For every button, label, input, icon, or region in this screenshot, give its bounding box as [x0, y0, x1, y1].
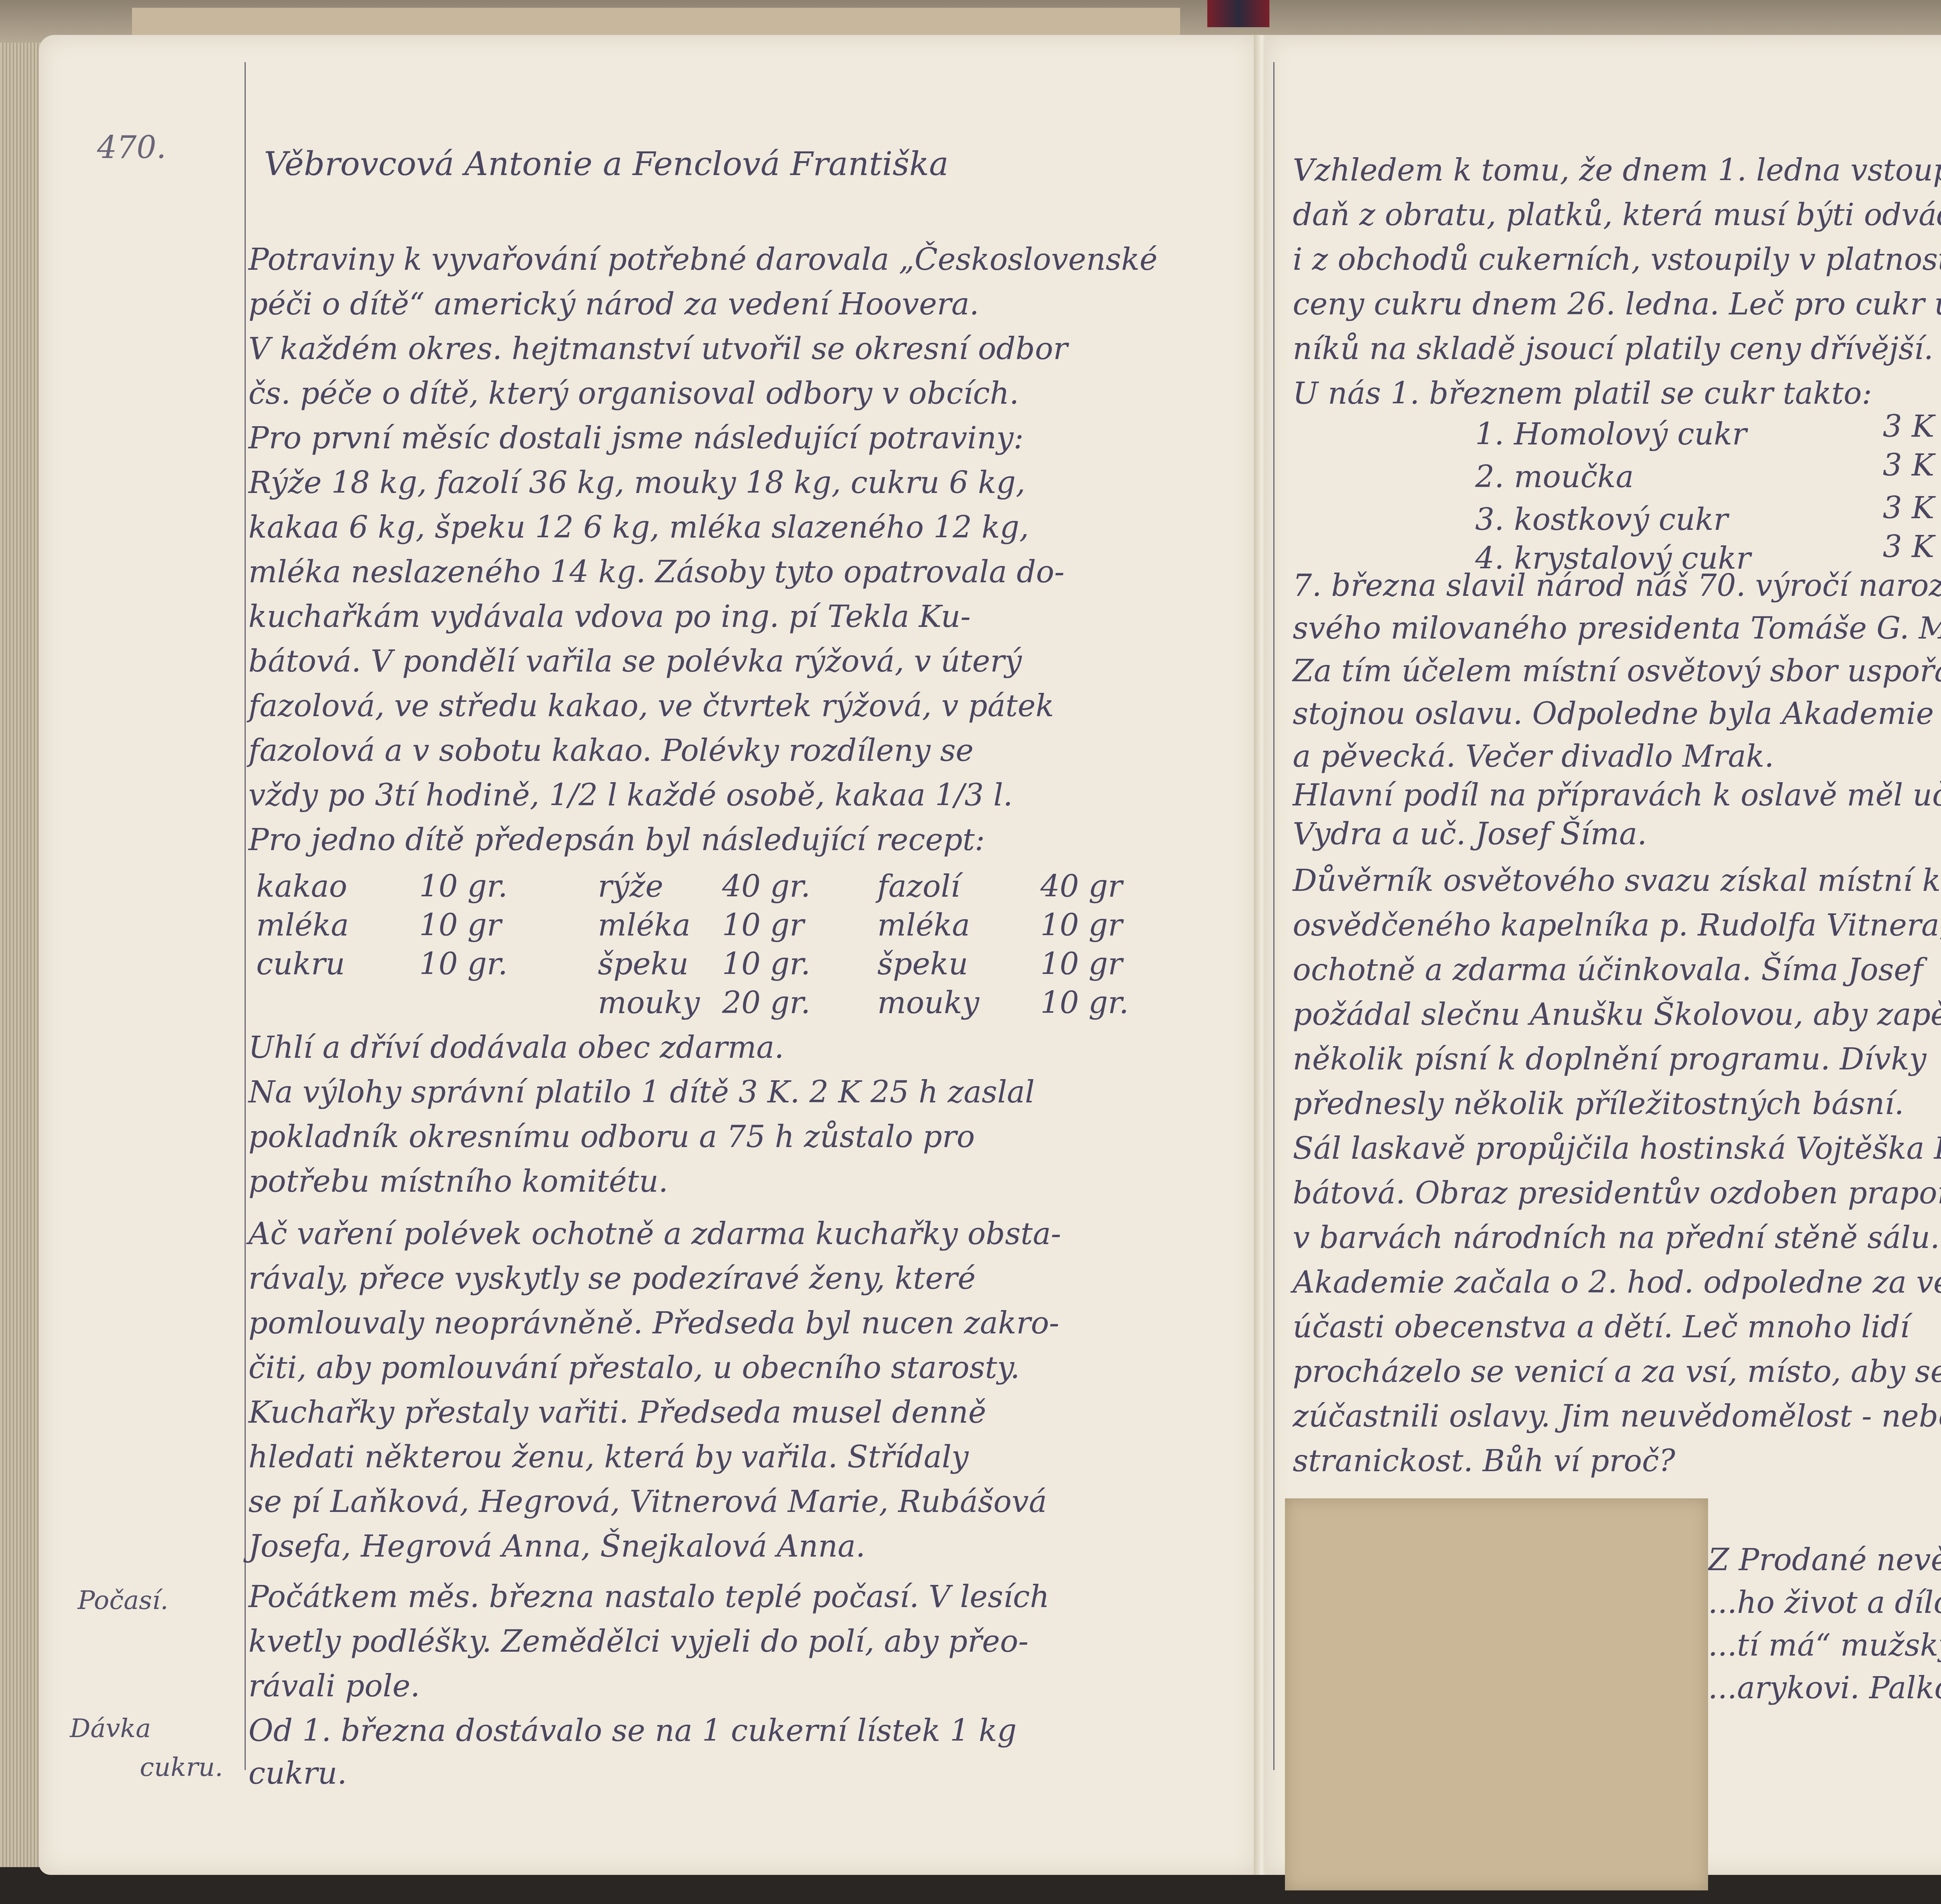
margin-note-sugar-ration: Dávka: [70, 1716, 151, 1741]
recipe-amount: 40 gr.: [722, 871, 811, 902]
text-line: rávaly, přece vyskytly se podezíravé žen…: [248, 1264, 976, 1294]
text-line: stojnou oslavu. Odpoledne byla Akademie …: [1293, 699, 1941, 729]
text-line: požádal slečnu Anušku Školovou, aby zapě…: [1293, 1000, 1941, 1030]
price-item: moučka: [1514, 462, 1634, 492]
recipe-item: mouky: [877, 988, 979, 1018]
text-line: bátová. Obraz presidentův ozdoben prapor…: [1293, 1178, 1941, 1208]
text-line: fazolová a v sobotu kakao. Polévky rozdí…: [248, 736, 974, 766]
recipe-item: kakao: [256, 871, 347, 902]
text-line: kakaa 6 kg, špeku 12 6 kg, mléka slazené…: [248, 512, 1029, 543]
recipe-amount: 10 gr.: [419, 949, 508, 979]
text-line: cukru.: [248, 1758, 347, 1789]
margin-note-sugar-ration-2: cukru.: [140, 1755, 223, 1780]
right-inner-rule: [1273, 62, 1274, 1770]
price-value: 3 K 40 h: [1883, 532, 1941, 562]
text-line: potřebu místního komitétu.: [248, 1166, 668, 1197]
text-line: ochotně a zdarma účinkovala. Šíma Josef: [1293, 955, 1923, 985]
program-line: ...ho život a dílo. uč. V. Vydra.: [1708, 1588, 1941, 1618]
text-line: Sál laskavě propůjčila hostinská Vojtěšk…: [1293, 1133, 1941, 1164]
recipe-item: rýže: [598, 871, 663, 902]
text-line: daň z obratu, platků, která musí býti od…: [1293, 200, 1941, 230]
text-line: Od 1. března dostávalo se na 1 cukerní l…: [248, 1716, 1017, 1746]
text-line: U nás 1. březnem platil se cukr takto:: [1293, 378, 1872, 409]
text-line: vždy po 3tí hodině, 1/2 l každé osobě, k…: [248, 780, 1013, 811]
recipe-amount: 10 gr.: [722, 949, 811, 979]
text-line: Hlavní podíl na přípravách k oslavě měl …: [1293, 780, 1941, 811]
recipe-amount: 20 gr.: [722, 988, 811, 1018]
recipe-amount: 40 gr: [1040, 871, 1122, 902]
page-number-left: 470.: [97, 132, 166, 163]
entry-title: Věbrovcová Antonie a Fenclová Františka: [264, 148, 948, 180]
text-line: hledati některou ženu, která by vařila. …: [248, 1442, 969, 1472]
pasted-paper-patch: [1285, 1498, 1708, 1890]
margin-note-weather: Počasí.: [78, 1588, 168, 1613]
program-line: Z Prodané nevěsty“ pochod.: [1708, 1545, 1941, 1575]
text-line: Vzhledem k tomu, že dnem 1. ledna vstoup…: [1293, 155, 1941, 186]
price-no: 2.: [1475, 462, 1504, 492]
recipe-item: špeku: [598, 949, 689, 979]
text-line: péči o dítě“ americký národ za vedení Ho…: [248, 289, 979, 319]
text-line: několik písní k doplnění programu. Dívky: [1293, 1044, 1926, 1074]
program-line: ...arykovi. Palkosková.: [1708, 1673, 1941, 1703]
open-chronicle-book: 470. Věbrovcová Antonie a Fenclová Frant…: [0, 0, 1941, 1904]
text-line: Ač vaření polévek ochotně a zdarma kucha…: [248, 1219, 1061, 1249]
text-line: mléka neslazeného 14 kg. Zásoby tyto opa…: [248, 557, 1064, 587]
text-line: i z obchodů cukerních, vstoupily v platn…: [1293, 245, 1941, 275]
text-line: se pí Laňková, Hegrová, Vitnerová Marie,…: [248, 1487, 1047, 1517]
recipe-amount: 10 gr: [1040, 910, 1122, 941]
text-line: Kuchařky přestaly vařiti. Předseda musel…: [248, 1397, 986, 1428]
recipe-amount: 10 gr: [1040, 949, 1122, 979]
text-line: účasti obecenstva a dětí. Leč mnoho lidí: [1293, 1312, 1910, 1342]
text-line: a pěvecká. Večer divadlo Mrak.: [1293, 741, 1774, 772]
text-line: pomlouvaly neoprávněně. Předseda byl nuc…: [248, 1308, 1059, 1338]
bookmark-ribbon: [1207, 0, 1269, 27]
text-line: čs. péče o dítě, který organisoval odbor…: [248, 378, 1019, 409]
text-line: Důvěrník osvětového svazu získal místní …: [1293, 866, 1941, 896]
recipe-amount: 10 gr.: [419, 871, 508, 902]
recipe-amount: 10 gr: [722, 910, 804, 941]
text-line: Na výlohy správní platilo 1 dítě 3 K. 2 …: [248, 1077, 1035, 1107]
price-no: 3.: [1475, 505, 1504, 535]
text-line: bátová. V pondělí vařila se polévka rýžo…: [248, 646, 1022, 677]
text-line: čiti, aby pomlouvání přestalo, u obecníh…: [248, 1353, 1020, 1383]
text-line: Josefa, Hegrová Anna, Šnejkalová Anna.: [248, 1531, 865, 1562]
text-line: Za tím účelem místní osvětový sbor uspoř…: [1293, 656, 1941, 686]
recipe-item: špeku: [877, 949, 968, 979]
text-line: kvetly podléšky. Zemědělci vyjeli do pol…: [248, 1626, 1028, 1657]
text-line: Rýže 18 kg, fazolí 36 kg, mouky 18 kg, c…: [248, 468, 1025, 498]
text-line: Pro první měsíc dostali jsme následující…: [248, 423, 1024, 453]
text-line: rávali pole.: [248, 1671, 420, 1701]
text-line: svého milovaného presidenta Tomáše G. Ma…: [1293, 613, 1941, 644]
text-line: Akademie začala o 2. hod. odpoledne za v…: [1293, 1267, 1941, 1298]
text-line: v barvách národních na přední stěně sálu…: [1293, 1223, 1940, 1253]
price-item: Homolový cukr: [1514, 419, 1747, 450]
text-line: přednesly několik příležitostných básní.: [1293, 1089, 1904, 1119]
text-line: Vydra a uč. Josef Šíma.: [1293, 819, 1647, 849]
recipe-item: mléka: [256, 910, 349, 941]
recipe-item: mléka: [598, 910, 691, 941]
recipe-item: fazolí: [877, 871, 960, 902]
recipe-item: mouky: [598, 988, 700, 1018]
recipe-amount: 10 gr.: [1040, 988, 1129, 1018]
text-line: Pro jedno dítě předepsán byl následující…: [248, 825, 985, 855]
program-line: ...tí má“ mužský sbor.: [1708, 1630, 1941, 1661]
price-value: 3 K 28 h: [1883, 450, 1941, 481]
text-line: níků na skladě jsoucí platily ceny dřívě…: [1293, 334, 1933, 364]
text-line: V každém okres. hejtmanství utvořil se o…: [248, 334, 1068, 364]
recipe-item: cukru: [256, 949, 345, 979]
recipe-item: mléka: [877, 910, 970, 941]
text-line: stranickost. Bůh ví proč?: [1293, 1446, 1675, 1476]
price-item: kostkový cukr: [1514, 505, 1728, 535]
price-value: 3 K 50 h: [1883, 493, 1941, 523]
text-line: zúčastnili oslavy. Jim neuvědomělost - n…: [1293, 1401, 1941, 1432]
text-line: pokladník okresnímu odboru a 75 h zůstal…: [248, 1122, 975, 1152]
left-margin-rule: [245, 62, 246, 1770]
text-line: osvědčeného kapelníka p. Rudolfa Vitnera…: [1293, 910, 1941, 941]
text-line: Potraviny k vyvařování potřebné darovala…: [248, 245, 1158, 275]
text-line: fazolová, ve středu kakao, ve čtvrtek rý…: [248, 691, 1054, 721]
price-value: 3 K 40 h: [1883, 411, 1941, 442]
text-line: kuchařkám vydávala vdova po ing. pí Tekl…: [248, 602, 970, 632]
recipe-amount: 10 gr: [419, 910, 501, 941]
text-line: ceny cukru dnem 26. ledna. Leč pro cukr …: [1293, 289, 1941, 319]
text-line: Počátkem měs. března nastalo teplé počas…: [248, 1582, 1049, 1612]
text-line: Uhlí a dříví dodávala obec zdarma.: [248, 1033, 784, 1063]
text-line: 7. března slavil národ náš 70. výročí na…: [1293, 571, 1941, 601]
text-line: procházelo se venicí a za vsí, místo, ab…: [1293, 1357, 1941, 1387]
price-no: 1.: [1475, 419, 1504, 450]
